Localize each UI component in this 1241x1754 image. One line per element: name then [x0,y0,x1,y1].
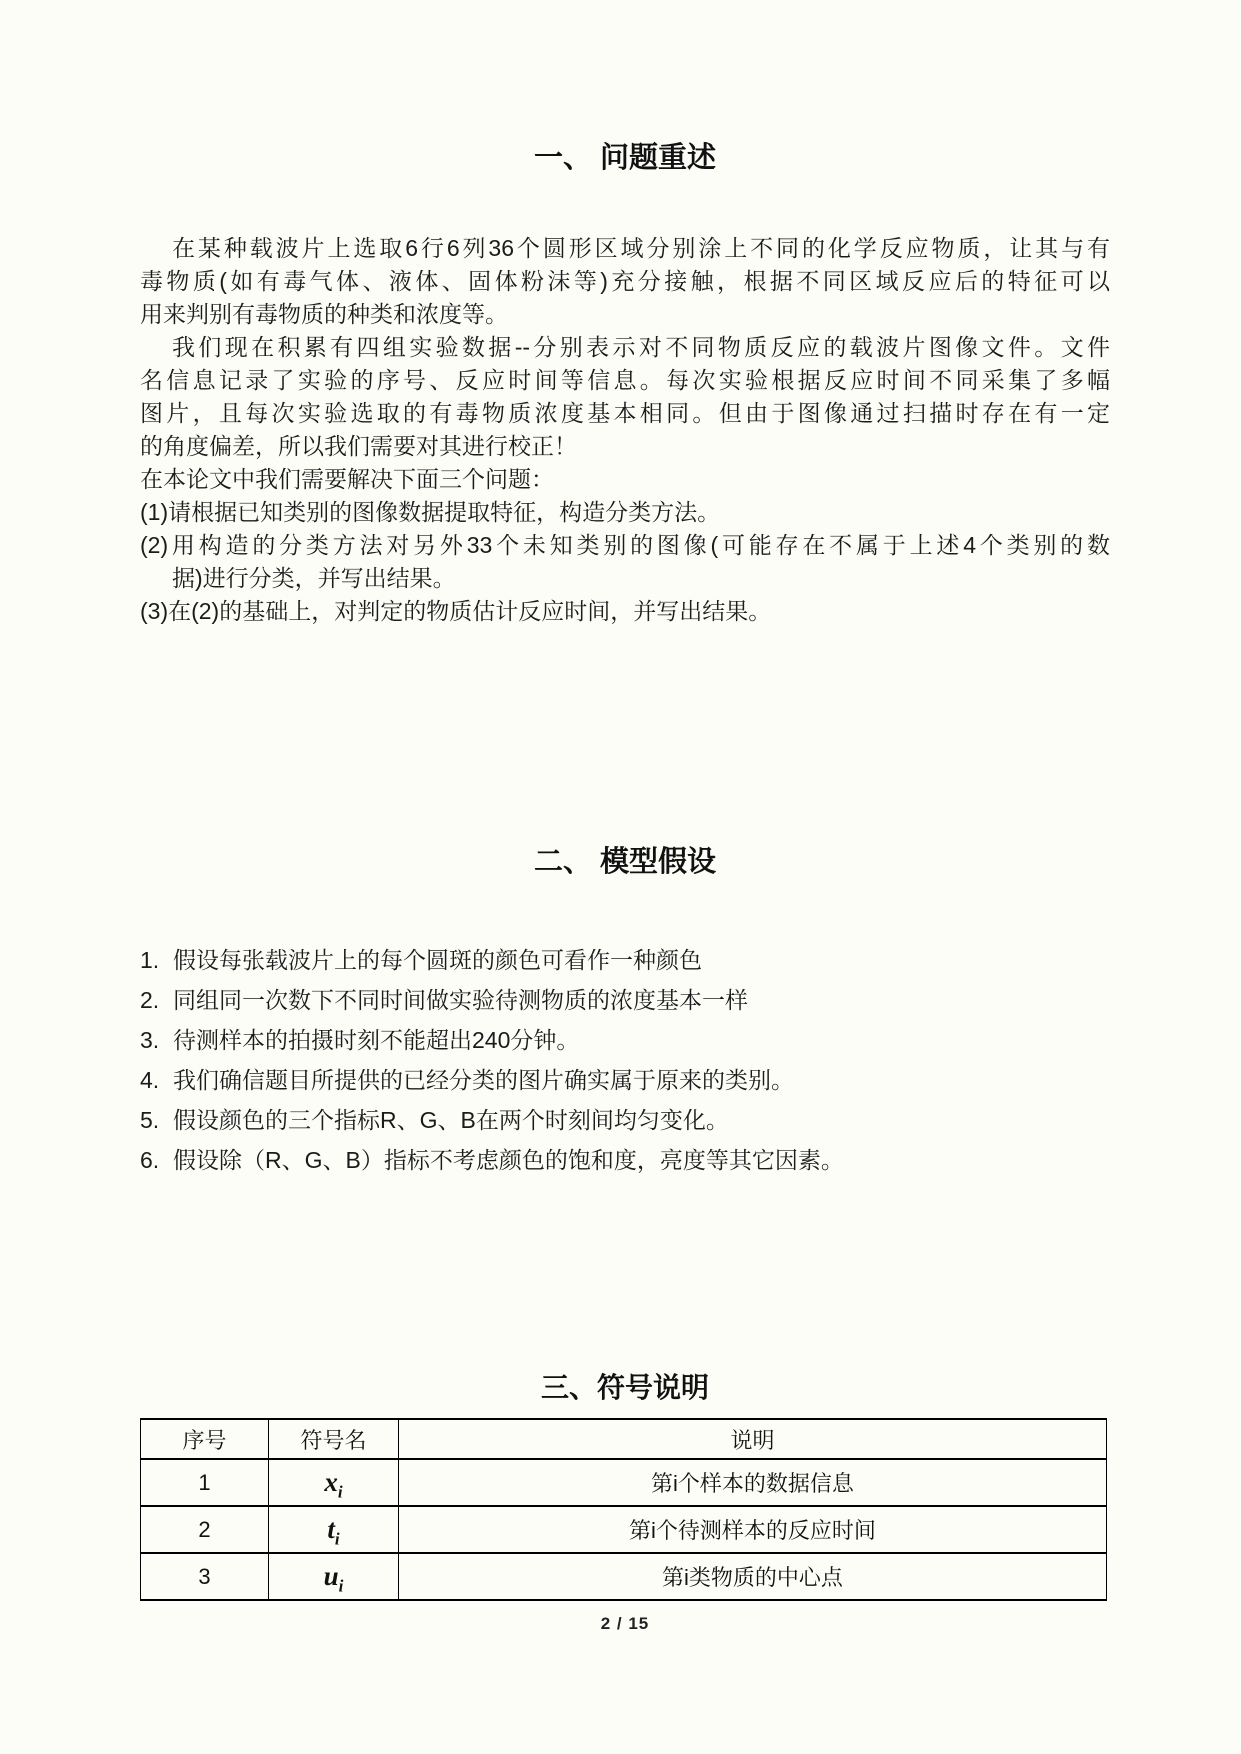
paragraph-line: 毒物质(如有毒气体、液体、固体粉沫等)充分接触，根据不同区域反应后的特征可以 [140,265,1110,298]
symbol-base: t [327,1514,335,1544]
paragraph-line: 的角度偏差，所以我们需要对其进行校正！ [140,430,1110,463]
assumption-number: 2. [140,984,173,1017]
assumption-number: 5. [140,1104,173,1137]
task-item-1: (1)请根据已知类别的图像数据提取特征，构造分类方法。 [140,496,1110,529]
assumption-text: 假设颜色的三个指标R、G、B在两个时刻间均匀变化。 [173,1107,729,1133]
cell-symbol: ui [269,1553,399,1600]
assumption-text: 待测样本的拍摄时刻不能超出240分钟。 [173,1027,579,1053]
section2-heading: 二、 模型假设 [140,842,1110,882]
task-item-3: (3)在(2)的基础上，对判定的物质估计反应时间，并写出结果。 [140,595,1110,628]
paragraph-line: 用来判别有毒物质的种类和浓度等。 [140,298,1110,331]
paragraph-line: 在某种载波片上选取6行6列36个圆形区域分别涂上不同的化学反应物质，让其与有 [140,232,1110,265]
cell-symbol: xi [269,1459,399,1506]
cell-description: 第i类物质的中心点 [399,1553,1107,1600]
cell-description: 第i个样本的数据信息 [399,1459,1107,1506]
header-serial: 序号 [141,1419,269,1459]
paragraph-line: 在本论文中我们需要解决下面三个问题： [140,463,1110,496]
assumption-text: 同组同一次数下不同时间做实验待测物质的浓度基本一样 [173,987,748,1013]
assumption-item: 4.我们确信题目所提供的已经分类的图片确实属于原来的类别。 [140,1064,1110,1097]
page-number: 2 / 15 [140,1614,1110,1634]
header-description: 说明 [399,1419,1107,1459]
task-item-2-continued: 据)进行分类，并写出结果。 [140,562,1110,595]
header-symbol-name: 符号名 [269,1419,399,1459]
cell-description: 第i个待测样本的反应时间 [399,1506,1107,1553]
assumption-item: 1.假设每张载波片上的每个圆斑的颜色可看作一种颜色 [140,944,1110,977]
assumption-text: 假设除（R、G、B）指标不考虑颜色的饱和度，亮度等其它因素。 [173,1147,844,1173]
assumption-item: 3.待测样本的拍摄时刻不能超出240分钟。 [140,1024,1110,1057]
assumption-text: 假设每张载波片上的每个圆斑的颜色可看作一种颜色 [173,947,702,973]
symbol-subscript: i [335,1529,340,1548]
document-page: 一、 问题重述 在某种载波片上选取6行6列36个圆形区域分别涂上不同的化学反应物… [0,0,1241,1754]
assumption-number: 4. [140,1064,173,1097]
symbol-table: 序号 符号名 说明 1 xi 第i个样本的数据信息 2 ti 第i个待测样本的反… [140,1418,1107,1601]
table-row: 1 xi 第i个样本的数据信息 [141,1459,1107,1506]
assumption-item: 6.假设除（R、G、B）指标不考虑颜色的饱和度，亮度等其它因素。 [140,1144,1110,1177]
symbol-base: x [324,1467,338,1497]
paragraph-line: 我们现在积累有四组实验数据--分别表示对不同物质反应的载波片图像文件。文件 [140,331,1110,364]
assumptions-list: 1.假设每张载波片上的每个圆斑的颜色可看作一种颜色 2.同组同一次数下不同时间做… [140,944,1110,1177]
table-row: 2 ti 第i个待测样本的反应时间 [141,1506,1107,1553]
section1-heading: 一、 问题重述 [140,138,1110,178]
paragraph-line: 名信息记录了实验的序号、反应时间等信息。每次实验根据反应时间不同采集了多幅 [140,364,1110,397]
assumption-number: 1. [140,944,173,977]
paragraph-line: 图片，且每次实验选取的有毒物质浓度基本相同。但由于图像通过扫描时存在有一定 [140,397,1110,430]
cell-symbol: ti [269,1506,399,1553]
assumption-number: 3. [140,1024,173,1057]
table-header-row: 序号 符号名 说明 [141,1419,1107,1459]
symbol-subscript: i [338,1482,343,1501]
table-row: 3 ui 第i类物质的中心点 [141,1553,1107,1600]
section3-heading: 三、符号说明 [140,1368,1110,1408]
cell-serial: 3 [141,1553,269,1600]
symbol-base: u [324,1561,339,1591]
section1-body: 在某种载波片上选取6行6列36个圆形区域分别涂上不同的化学反应物质，让其与有 毒… [140,232,1110,628]
assumption-text: 我们确信题目所提供的已经分类的图片确实属于原来的类别。 [173,1067,794,1093]
assumption-number: 6. [140,1144,173,1177]
cell-serial: 2 [141,1506,269,1553]
assumption-item: 5.假设颜色的三个指标R、G、B在两个时刻间均匀变化。 [140,1104,1110,1137]
symbol-subscript: i [339,1576,344,1595]
assumption-item: 2.同组同一次数下不同时间做实验待测物质的浓度基本一样 [140,984,1110,1017]
task-item-2: (2)用构造的分类方法对另外33个未知类别的图像(可能存在不属于上述4个类别的数 [140,529,1110,562]
cell-serial: 1 [141,1459,269,1506]
